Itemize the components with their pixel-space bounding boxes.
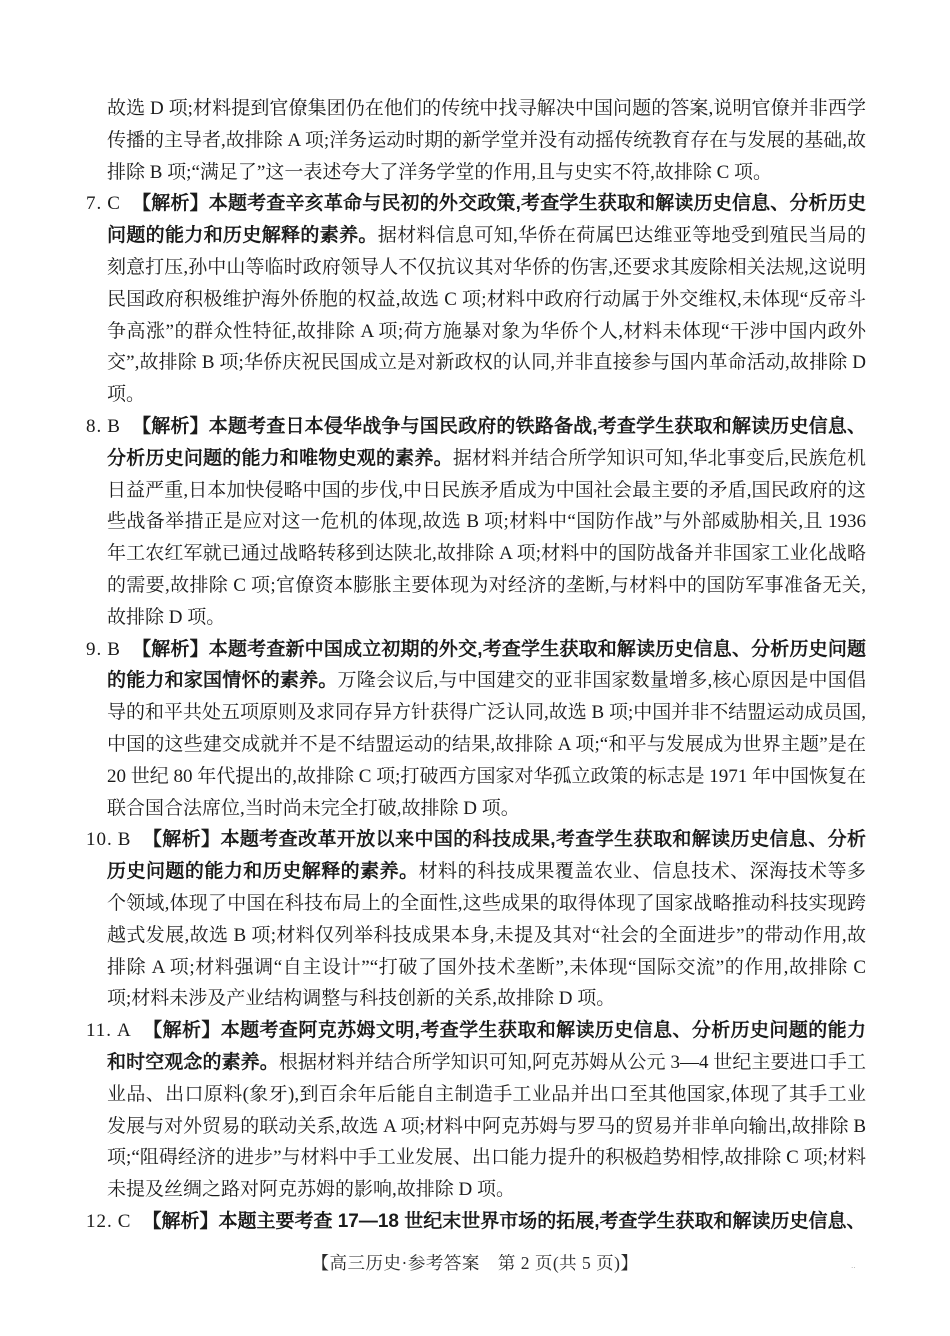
analysis-text: 万隆会议后,与中国建交的亚非国家数量增多,核心原因是中国倡导的和平共处五项原则及… bbox=[107, 670, 866, 818]
answer-letter: C bbox=[118, 1211, 131, 1232]
page-footer: 【高三历史·参考答案 第 2 页(共 5 页)】 bbox=[0, 1250, 950, 1275]
analysis-text: 材料的科技成果覆盖农业、信息技术、深海技术等多个领域,体现了中国在科技布局上的全… bbox=[107, 861, 866, 1009]
analysis-text: 据材料并结合所学知识可知,华北事变后,民族危机日益严重,日本加快侵略中国的步伐,… bbox=[107, 448, 866, 628]
answer-entry-q8: 8.B【解析】本题考查日本侵华战争与国民政府的铁路备战,考查学生获取和解读历史信… bbox=[86, 411, 866, 634]
analysis-heading: 【解析】本题主要考查 17—18 世纪末世界市场的拓展,考查学生获取和解读历史信… bbox=[142, 1211, 865, 1232]
analysis-text: 据材料信息可知,华侨在荷属巴达维亚等地受到殖民当局的刻意打压,孙中山等临时政府领… bbox=[107, 225, 866, 405]
question-number: 8. bbox=[86, 416, 102, 437]
answer-letter: B bbox=[107, 639, 120, 660]
answer-entry-q11: 11.A【解析】本题考查阿克苏姆文明,考查学生获取和解读历史信息、分析历史问题的… bbox=[86, 1015, 866, 1206]
answer-letter: A bbox=[117, 1020, 131, 1041]
answer-entry-q6-continuation: 故选 D 项;材料提到官僚集团仍在他们的传统中找寻解决中国问题的答案,说明官僚并… bbox=[86, 93, 866, 188]
answers-content: 故选 D 项;材料提到官僚集团仍在他们的传统中找寻解决中国问题的答案,说明官僚并… bbox=[86, 93, 866, 1238]
question-number: 9. bbox=[86, 639, 102, 660]
analysis-text: 故选 D 项;材料提到官僚集团仍在他们的传统中找寻解决中国问题的答案,说明官僚并… bbox=[107, 98, 866, 183]
answer-entry-q10: 10.B【解析】本题考查改革开放以来中国的科技成果,考查学生获取和解读历史信息、… bbox=[86, 824, 866, 1015]
answer-entry-q12: 12.C【解析】本题主要考查 17—18 世纪末世界市场的拓展,考查学生获取和解… bbox=[86, 1206, 866, 1238]
question-number: 7. bbox=[86, 193, 102, 214]
scanned-answer-page: { "page": { "background": "#ffffff", "te… bbox=[0, 0, 950, 1336]
question-number: 10. bbox=[86, 829, 113, 850]
answer-letter: B bbox=[118, 829, 131, 850]
answer-entry-q9: 9.B【解析】本题考查新中国成立初期的外交,考查学生获取和解读历史信息、分析历史… bbox=[86, 634, 866, 825]
analysis-text: 根据材料并结合所学知识可知,阿克苏姆从公元 3—4 世纪主要进口手工业品、出口原… bbox=[107, 1052, 866, 1200]
question-number: 11. bbox=[86, 1020, 112, 1041]
answer-letter: C bbox=[107, 193, 120, 214]
question-number: 12. bbox=[86, 1211, 113, 1232]
scan-smudge-mark: ‥ bbox=[851, 1262, 857, 1270]
answer-letter: B bbox=[107, 416, 120, 437]
answer-entry-q7: 7.C【解析】本题考查辛亥革命与民初的外交政策,考查学生获取和解读历史信息、分析… bbox=[86, 188, 866, 411]
